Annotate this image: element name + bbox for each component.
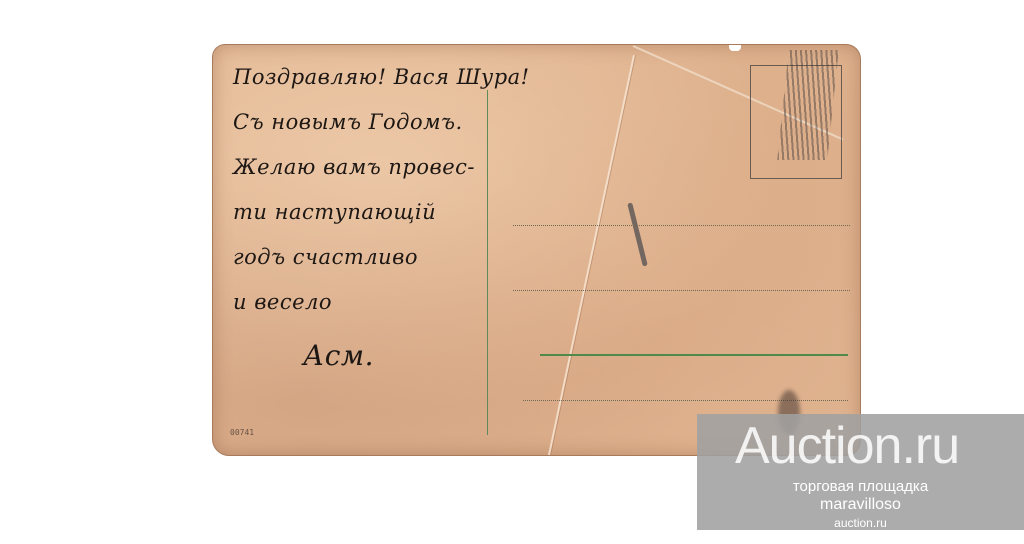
vertical-divider-line <box>487 90 488 435</box>
message-line: ти наступающій <box>233 190 533 235</box>
address-line <box>523 400 848 401</box>
address-line <box>513 225 850 226</box>
message-line: годъ счастливо <box>233 235 533 280</box>
message-line: Поздравляю! Вася Шура! <box>233 55 693 100</box>
pencil-mark <box>627 202 648 266</box>
message-line: и весело <box>233 280 533 325</box>
signature: Асм. <box>233 333 533 378</box>
paper-crease <box>546 55 635 455</box>
watermark-seller: maravilloso <box>697 496 1024 514</box>
auction-watermark: Auction.ru торговая площадка maravilloso… <box>697 414 1024 530</box>
address-line-green <box>540 354 848 356</box>
address-line <box>513 290 850 291</box>
message-line: Съ новымъ Годомъ. <box>233 100 533 145</box>
torn-notch <box>729 45 741 51</box>
print-code: 00741 <box>230 428 254 437</box>
watermark-url: auction.ru <box>697 516 1024 530</box>
message-line: Желаю вамъ провес- <box>233 145 533 190</box>
handwritten-message: Поздравляю! Вася Шура! Съ новымъ Годомъ.… <box>233 55 533 378</box>
postcard-back: Поздравляю! Вася Шура! Съ новымъ Годомъ.… <box>213 45 860 455</box>
watermark-brand: Auction.ru <box>735 416 959 476</box>
watermark-subtitle: торговая площадка <box>697 478 1024 495</box>
